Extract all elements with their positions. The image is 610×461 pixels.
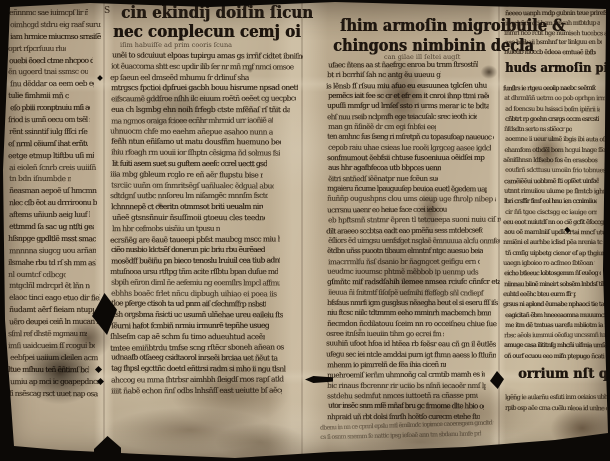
manuscript-photo: eñnnmc sae iuimcpſ lir ñẽipl oimhcgd std… bbox=[0, 0, 610, 461]
parchment: eñnnmc sae iuimcpſ lir ñẽipl oimhcgd std… bbox=[0, 0, 610, 461]
stain-overlay bbox=[0, 0, 610, 461]
